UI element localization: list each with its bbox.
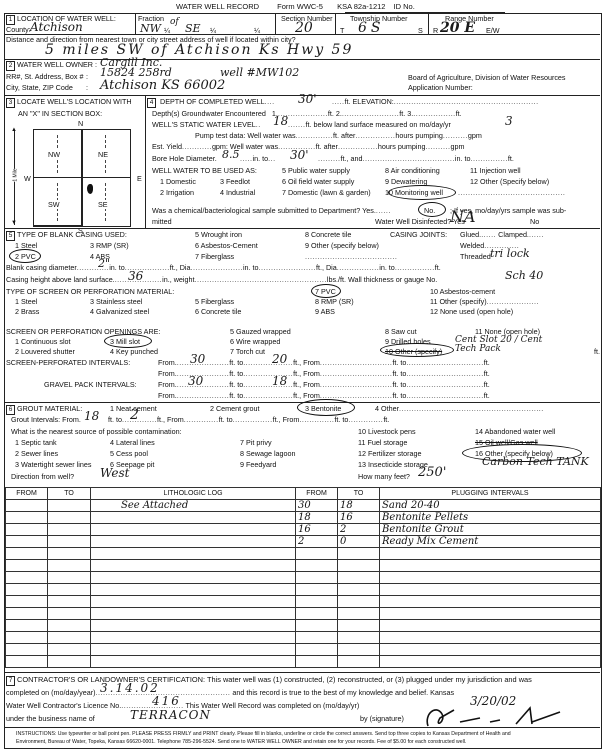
contam-10[interactable]: 10 Livestock pens xyxy=(358,427,416,436)
plugging-interval-cell[interactable] xyxy=(380,656,601,668)
sep: : xyxy=(86,83,88,92)
plugging-interval-cell[interactable] xyxy=(380,548,601,560)
opening-3-circle-mark xyxy=(104,334,152,348)
well-location-mark-icon xyxy=(87,184,93,194)
casing-7[interactable]: 7 Fiberglass xyxy=(195,252,234,261)
plug-to-cell[interactable] xyxy=(338,632,380,644)
log-from-cell[interactable] xyxy=(6,512,48,524)
log-from-cell[interactable] xyxy=(6,632,48,644)
table-row: 162Bentonite Grout xyxy=(6,524,601,536)
arrow-up-icon: ▲ xyxy=(11,127,17,133)
screen-7-circle-mark xyxy=(311,284,341,298)
opening-5[interactable]: 5 Gauzed wrapped xyxy=(230,327,291,336)
completed-value[interactable]: 3.14.02 xyxy=(100,681,160,695)
use-label: WELL WATER TO BE USED AS: xyxy=(152,166,257,175)
log-to-cell[interactable] xyxy=(48,560,91,572)
plug-to-cell[interactable] xyxy=(338,596,380,608)
static-label: WELL'S STATIC WATER LEVEL.. xyxy=(152,120,261,129)
log-to-cell[interactable] xyxy=(48,632,91,644)
plug-to-cell[interactable] xyxy=(338,560,380,572)
screen-interval-row-1: From......................ft. to........… xyxy=(158,358,490,367)
disinfected-value[interactable]: NA xyxy=(450,207,476,226)
opening-other-value[interactable]: Cent Slot 20 / Cent Tech Pack xyxy=(455,336,565,354)
screen-from-1[interactable]: 30 xyxy=(190,352,205,366)
col-header-plug-to: TO xyxy=(338,488,380,500)
casing-3[interactable]: 3 RMP (SR) xyxy=(90,241,129,250)
plugging-interval-cell[interactable]: Ready Mix Cement xyxy=(380,536,601,548)
groundwater-row: Depth(s) Groundwater Encountered 1......… xyxy=(152,109,462,118)
plug-from-cell[interactable] xyxy=(296,596,338,608)
lithologic-log-cell[interactable] xyxy=(91,644,296,656)
log-to-cell[interactable] xyxy=(48,512,91,524)
plug-to-cell[interactable]: 16 xyxy=(338,512,380,524)
gravel-intervals-label: GRAVEL PACK INTERVALS: xyxy=(44,380,137,389)
casing-5[interactable]: 5 Wrought iron xyxy=(195,230,242,239)
threaded-value[interactable]: tri lock xyxy=(490,247,530,260)
table-row xyxy=(6,608,601,620)
form-code: Form WWC-5 xyxy=(277,2,323,11)
divider xyxy=(428,13,429,34)
screen-2[interactable]: 2 Brass xyxy=(15,307,39,316)
plugging-interval-cell[interactable]: Bentonite Pellets xyxy=(380,512,601,524)
use-7[interactable]: 7 Domestic (lawn & garden) xyxy=(282,188,371,197)
col-header-plugging-intervals: PLUGGING INTERVALS xyxy=(380,488,601,500)
contam-9[interactable]: 9 Feedyard xyxy=(240,460,276,469)
screen-4[interactable]: 4 Galvanized steel xyxy=(90,307,149,316)
section2-title: 2WATER WELL OWNER : xyxy=(6,60,97,71)
log-from-cell[interactable] xyxy=(6,644,48,656)
section4-num: 4 xyxy=(147,97,158,108)
log-from-cell[interactable] xyxy=(6,548,48,560)
lithologic-log-cell[interactable] xyxy=(91,512,296,524)
contam-5[interactable]: 5 Cess pool xyxy=(110,449,148,458)
plugging-interval-cell[interactable] xyxy=(380,608,601,620)
bore-to-row: .....in. to... xyxy=(240,154,276,163)
instructions-line-2: Environment, Bureau of Water, Topeka, Ka… xyxy=(16,739,466,745)
log-to-cell[interactable] xyxy=(48,596,91,608)
ne-label: NE xyxy=(97,150,109,159)
plugging-interval-cell[interactable] xyxy=(380,572,601,584)
city-label: City, State, ZIP Code xyxy=(6,83,73,92)
elevation-label: .....ft. ELEVATION:.....................… xyxy=(332,97,539,106)
gravel-from-1[interactable]: 30 xyxy=(188,374,203,388)
contam-7[interactable]: 7 Pit privy xyxy=(240,438,272,447)
plugging-interval-cell[interactable] xyxy=(380,620,601,632)
lithologic-log-cell[interactable] xyxy=(91,620,296,632)
lithologic-log-cell[interactable] xyxy=(91,548,296,560)
lithologic-log-cell[interactable] xyxy=(91,560,296,572)
lithologic-log-cell[interactable] xyxy=(91,524,296,536)
address-label: RR#, St. Address, Box # xyxy=(6,72,84,81)
signature-icon[interactable] xyxy=(420,700,570,730)
plug-from-cell[interactable] xyxy=(296,620,338,632)
screen-5[interactable]: 5 Fiberglass xyxy=(195,297,234,306)
pump-test-row: Pump test data: Well water was..........… xyxy=(195,131,482,140)
plug-to-cell[interactable] xyxy=(338,548,380,560)
screen-6[interactable]: 6 Concrete tile xyxy=(195,307,241,316)
table-row xyxy=(6,656,601,668)
log-to-cell[interactable] xyxy=(48,536,91,548)
joints-glued[interactable]: Glued....... Clamped....... xyxy=(460,230,544,239)
col-header-from: FROM xyxy=(6,488,48,500)
table-row xyxy=(6,632,601,644)
log-from-cell[interactable] xyxy=(6,572,48,584)
east-label: E xyxy=(137,174,142,183)
well-id-value[interactable]: well #MW102 xyxy=(220,66,299,79)
log-from-cell[interactable] xyxy=(6,596,48,608)
plug-from-cell[interactable]: 2 xyxy=(296,536,338,548)
section7-title: 7CONTRACTOR'S OR LANDOWNER'S CERTIFICATI… xyxy=(6,675,532,686)
lithologic-log-cell[interactable] xyxy=(91,656,296,668)
plug-from-cell[interactable] xyxy=(296,656,338,668)
opening-1[interactable]: 1 Continuous slot xyxy=(15,337,71,346)
feet-label: How many feet? xyxy=(358,472,410,481)
screen-10[interactable]: 10 Asbestos-cement xyxy=(430,287,495,296)
table-row: See Attached3018Sand 20-40 xyxy=(6,500,601,512)
plug-from-cell[interactable] xyxy=(296,608,338,620)
divider xyxy=(135,13,136,34)
feet-value[interactable]: 250' xyxy=(418,465,446,480)
contam-12[interactable]: 12 Fertilizer storage xyxy=(358,449,422,458)
use-8[interactable]: 8 Air conditioning xyxy=(385,166,440,175)
plug-from-cell[interactable] xyxy=(296,584,338,596)
log-to-cell[interactable] xyxy=(48,620,91,632)
bore-label: Bore Hole Diameter. xyxy=(152,154,217,163)
screen-1[interactable]: 1 Steel xyxy=(15,297,37,306)
contam-11[interactable]: 11 Fuel storage xyxy=(358,438,407,447)
table-row xyxy=(6,620,601,632)
county-label: County: xyxy=(6,25,31,34)
lithologic-log-cell[interactable] xyxy=(91,608,296,620)
log-from-cell[interactable] xyxy=(6,584,48,596)
opening-7[interactable]: 7 Torch cut xyxy=(230,347,265,356)
plug-from-cell[interactable] xyxy=(296,572,338,584)
signature-label: by (signature) xyxy=(360,714,404,723)
log-to-cell[interactable] xyxy=(48,584,91,596)
screen-title: TYPE OF SCREEN OR PERFORATION MATERIAL: xyxy=(6,287,174,296)
arrow-down-icon: ▼ xyxy=(11,220,17,226)
table-row xyxy=(6,644,601,656)
lithologic-log-cell[interactable] xyxy=(91,572,296,584)
screen-interval-row-2: From......................ft. to........… xyxy=(158,369,490,378)
plug-from-cell[interactable]: 18 xyxy=(296,512,338,524)
blank-diam-row: Blank casing diameter.............in. to… xyxy=(6,263,441,272)
bore-value[interactable]: 8.5 xyxy=(222,148,240,161)
col-header-plug-from: FROM xyxy=(296,488,338,500)
plugging-interval-cell[interactable]: Bentonite Grout xyxy=(380,524,601,536)
use-11[interactable]: 11 Injection well xyxy=(470,166,521,175)
log-from-cell[interactable] xyxy=(6,536,48,548)
divider xyxy=(275,13,276,34)
screen-3[interactable]: 3 Stainless steel xyxy=(90,297,142,306)
plugging-interval-cell[interactable] xyxy=(380,596,601,608)
log-to-cell[interactable] xyxy=(48,572,91,584)
grout-from-value[interactable]: 18 xyxy=(84,409,99,423)
depth-label: DEPTH OF COMPLETED WELL.... xyxy=(160,97,275,106)
divider xyxy=(4,727,600,728)
gravel-to-1[interactable]: 18 xyxy=(272,374,287,388)
contam-4[interactable]: 4 Lateral lines xyxy=(110,438,155,447)
plug-from-cell[interactable]: 30 xyxy=(296,500,338,512)
divider xyxy=(335,13,336,34)
plug-to-cell[interactable] xyxy=(338,608,380,620)
table-row xyxy=(6,572,601,584)
section6-title: 6GROUT MATERIAL: xyxy=(6,404,82,415)
plug-to-cell[interactable] xyxy=(338,584,380,596)
height-value[interactable]: 36 xyxy=(128,269,143,283)
license-value[interactable]: 416 xyxy=(152,694,181,708)
log-to-cell[interactable] xyxy=(48,548,91,560)
plug-from-cell[interactable] xyxy=(296,632,338,644)
plug-from-cell[interactable] xyxy=(296,644,338,656)
plugging-interval-cell[interactable] xyxy=(380,584,601,596)
section5-title: 5TYPE OF BLANK CASING USED: xyxy=(6,230,127,241)
table-row xyxy=(6,548,601,560)
static-date-value[interactable]: 3 xyxy=(505,114,513,128)
opening-2[interactable]: 2 Louvered shutter xyxy=(15,347,75,356)
plug-to-cell[interactable]: 18 xyxy=(338,500,380,512)
form-title: WATER WELL RECORD xyxy=(176,2,259,11)
joints-label: CASING JOINTS: xyxy=(390,230,447,239)
distance-value[interactable]: 5 miles SW of Atchison Ks Hwy 59 xyxy=(45,42,353,58)
log-to-cell[interactable] xyxy=(48,500,91,512)
table-header-row: FROM TO LITHOLOGIC LOG FROM TO PLUGGING … xyxy=(6,488,601,500)
contam-label: What is the nearest source of possible c… xyxy=(11,427,182,436)
grout-to-value[interactable]: 2 xyxy=(130,407,139,423)
lithologic-log-cell[interactable] xyxy=(91,632,296,644)
business-label: under the business name of xyxy=(6,714,95,723)
divider xyxy=(4,672,600,673)
joints-threaded[interactable]: Threaded xyxy=(460,252,491,261)
lithologic-log-cell[interactable] xyxy=(91,584,296,596)
contam-14[interactable]: 14 Abandoned water well xyxy=(475,427,555,436)
nw-label: NW xyxy=(47,150,61,159)
height-row: Casing height above land surface........… xyxy=(6,275,437,284)
instructions-line-1: INSTRUCTIONS: Use typewriter or ball poi… xyxy=(16,731,511,737)
application-label: Application Number: xyxy=(408,83,473,92)
gravel-interval-row-1: From......................ft. to........… xyxy=(158,380,490,389)
plugging-interval-cell[interactable]: Sand 20-40 xyxy=(380,500,601,512)
casing-9[interactable]: 9 Other (specify below) xyxy=(305,241,379,250)
completed-label: completed on (mo/day/year)..............… xyxy=(6,688,454,697)
table-row xyxy=(6,584,601,596)
plugging-interval-cell[interactable] xyxy=(380,632,601,644)
ksa-code: KSA 82a-1212 xyxy=(337,2,385,11)
grout-4[interactable]: 4 Other.................................… xyxy=(375,404,544,413)
gauge-value[interactable]: Sch 40 xyxy=(505,269,543,282)
contam-8[interactable]: 8 Sewage lagoon xyxy=(240,449,296,458)
casing-8[interactable]: 8 Concrete tile xyxy=(305,230,351,239)
casing-2-circle-mark xyxy=(9,249,41,263)
opening-10-circle-mark xyxy=(380,343,454,357)
screen-8[interactable]: 8 RMP (SR) xyxy=(315,297,354,306)
sw-label: SW xyxy=(47,200,61,209)
use-10-circle-mark xyxy=(388,185,456,200)
use-4[interactable]: 4 Industrial xyxy=(220,188,255,197)
divider xyxy=(4,228,600,229)
lithologic-log-cell[interactable] xyxy=(91,596,296,608)
screen-12[interactable]: 12 None used (open hole) xyxy=(430,307,513,316)
use-3[interactable]: 3 Feedlot xyxy=(220,177,250,186)
direction-label: Direction from well? xyxy=(11,472,74,481)
lithologic-log-cell[interactable] xyxy=(91,536,296,548)
use-5[interactable]: 5 Public water supply xyxy=(282,166,350,175)
plug-to-cell[interactable] xyxy=(338,572,380,584)
section3-subtitle: AN "X" IN SECTION BOX: xyxy=(18,109,102,118)
plug-from-cell[interactable] xyxy=(296,560,338,572)
direction-value[interactable]: West xyxy=(100,466,129,480)
use-1[interactable]: 1 Domestic xyxy=(160,177,196,186)
dots: ........................................… xyxy=(458,188,565,197)
use-2[interactable]: 2 Irrigation xyxy=(160,188,194,197)
contam-2[interactable]: 2 Sewer lines xyxy=(15,449,58,458)
static-unit: .......ft. below land surface measured o… xyxy=(288,120,451,129)
lithologic-plugging-table: FROM TO LITHOLOGIC LOG FROM TO PLUGGING … xyxy=(5,487,601,668)
dots: ..................................... xyxy=(305,252,397,261)
section3-title: 3LOCATE WELL'S LOCATION WITH xyxy=(6,97,132,108)
section-box[interactable] xyxy=(33,129,131,227)
se-label: SE xyxy=(97,200,109,209)
plug-to-cell[interactable] xyxy=(338,644,380,656)
screen-9[interactable]: 9 ABS xyxy=(315,307,335,316)
sep: : xyxy=(86,72,88,81)
plugging-interval-cell[interactable] xyxy=(380,560,601,572)
log-from-cell[interactable] xyxy=(6,560,48,572)
plug-from-cell[interactable]: 16 xyxy=(296,524,338,536)
opening-4[interactable]: 4 Key punched xyxy=(110,347,158,356)
table-row: 1816Bentonite Pellets xyxy=(6,512,601,524)
contam-3[interactable]: 3 Watertight sewer lines xyxy=(15,460,91,469)
id-label: ID No. xyxy=(394,2,415,11)
plug-to-cell[interactable]: 2 xyxy=(338,524,380,536)
use-6[interactable]: 6 Oil field water supply xyxy=(282,177,354,186)
opening-8[interactable]: 8 Saw cut xyxy=(385,327,417,336)
depth-value[interactable]: 30' xyxy=(298,92,317,106)
log-to-cell[interactable] xyxy=(48,608,91,620)
sample-no-circle-mark xyxy=(418,202,446,217)
mitted: mitted xyxy=(152,217,172,226)
contam-1[interactable]: 1 Septic tank xyxy=(15,438,57,447)
use-12[interactable]: 12 Other (Specify below) xyxy=(470,177,549,186)
bore-and-row: .........ft., and.......................… xyxy=(318,154,514,163)
log-to-cell[interactable] xyxy=(48,644,91,656)
west-label: W xyxy=(24,174,31,183)
form-header: WATER WELL RECORD Form WWC-5 KSA 82a-121… xyxy=(176,2,415,11)
screen-11[interactable]: 11 Other (specify)..................... xyxy=(430,297,539,306)
log-to-cell[interactable] xyxy=(48,656,91,668)
sample-label: Was a chemical/bacteriological sample su… xyxy=(152,206,391,215)
col-header-to: TO xyxy=(48,488,91,500)
disinfected-no[interactable]: No xyxy=(530,217,539,226)
table-row xyxy=(6,560,601,572)
north-label: N xyxy=(78,119,83,128)
mile-label: 1 Mile xyxy=(13,168,19,181)
col-header-lithologic-log: LITHOLOGIC LOG xyxy=(91,488,296,500)
grout-3-circle-mark xyxy=(297,399,355,416)
bore-to-value[interactable]: 30' xyxy=(290,148,309,162)
log-from-cell[interactable] xyxy=(6,656,48,668)
plug-to-cell[interactable] xyxy=(338,620,380,632)
plugging-interval-cell[interactable] xyxy=(380,644,601,656)
log-from-cell[interactable] xyxy=(6,524,48,536)
log-from-cell[interactable] xyxy=(6,620,48,632)
opening-6[interactable]: 6 Wire wrapped xyxy=(230,337,280,346)
fraction-of: of xyxy=(170,17,179,27)
county-value[interactable]: Atchison xyxy=(30,20,83,34)
grout-interval-row: ft. to..............ft., From...........… xyxy=(108,415,389,424)
log-to-cell[interactable] xyxy=(48,524,91,536)
plug-to-cell[interactable]: 0 xyxy=(338,536,380,548)
map-ew-axis xyxy=(33,177,130,178)
board-label: Board of Agriculture, Division of Water … xyxy=(408,73,566,82)
log-from-cell[interactable] xyxy=(6,608,48,620)
grout-intervals-label: Grout Intervals: From. xyxy=(11,415,81,424)
screen-to-1[interactable]: 20 xyxy=(272,352,287,366)
lithologic-log-cell[interactable]: See Attached xyxy=(91,500,296,512)
contam-other-value[interactable]: Carbon Tech TANK xyxy=(482,455,589,468)
screen-intervals-label: SCREEN-PERFORATED INTERVALS: xyxy=(6,358,130,367)
static-value[interactable]: 18 xyxy=(273,114,288,128)
table-row: 20Ready Mix Cement xyxy=(6,536,601,548)
city-value[interactable]: Atchison KS 66002 xyxy=(100,78,225,93)
plug-to-cell[interactable] xyxy=(338,656,380,668)
ft-unit: ft. xyxy=(594,347,600,356)
grout-2[interactable]: 2 Cement grout xyxy=(210,404,260,413)
log-from-cell[interactable] xyxy=(6,500,48,512)
casing-6[interactable]: 6 Asbestos-Cement xyxy=(195,241,258,250)
blank-diam-value[interactable]: 2" xyxy=(98,257,110,270)
business-value[interactable]: TERRACON xyxy=(130,708,211,722)
table-row xyxy=(6,596,601,608)
plug-from-cell[interactable] xyxy=(296,548,338,560)
